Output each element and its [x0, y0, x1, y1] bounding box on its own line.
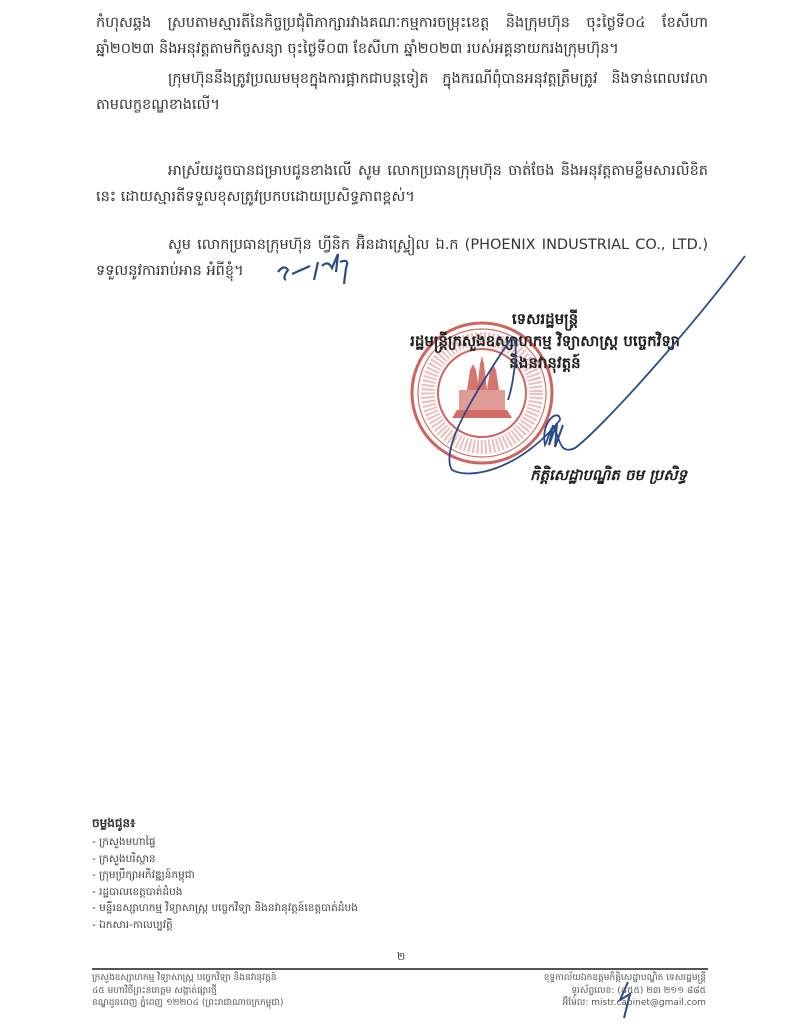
cc-list: - ក្រសួងមហាផ្ទៃ - ក្រសួងបរិស្ថាន - ក្រុម…: [92, 834, 358, 933]
footer-ministry-address: ក្រសួងឧស្សាហកម្ម វិទ្យាសាស្ត្រ បច្ចេកវិទ…: [92, 972, 283, 1010]
cc-heading: ចម្លងជូន៖: [92, 815, 135, 833]
paragraph-3: អាស្រ័យដូចបានជម្រាបជូនខាងលើ សូម លោកប្រធា…: [96, 158, 708, 210]
cc-item: - រដ្ឋបាលខេត្តបាត់ដំបង: [92, 884, 358, 901]
signature-block: ទេសរដ្ឋមន្ត្រី រដ្ឋមន្ត្រីក្រសួងឧស្សាហកម…: [360, 308, 730, 374]
footer-divider: [92, 968, 708, 970]
footer-phone: ទូរស័ព្ទលេខ: (៨៥៥) ២៣ ២១១ ៨៨៥: [544, 985, 706, 998]
footer-cabinet-contact: ខុទ្ទកាល័យឯកឧត្តមកិត្តិសេដ្ឋាបណ្ឌិត ទេសរ…: [544, 972, 706, 1010]
footer-right-line: ខុទ្ទកាល័យឯកឧត្តមកិត្តិសេដ្ឋាបណ្ឌិត ទេសរ…: [544, 972, 706, 985]
paragraph-2: ក្រុមហ៊ុននឹងត្រូវប្រឈមមុខក្នុងការផ្អាកជា…: [96, 66, 708, 118]
signatory-title-line3: និងនវានុវត្តន៍: [360, 352, 730, 374]
paragraph-4: សូម លោកប្រធានក្រុមហ៊ុន ហ្វីនិក អ៊ិនដាស្ទ…: [96, 232, 708, 284]
footer-left-line: ក្រសួងឧស្សាហកម្ម វិទ្យាសាស្ត្រ បច្ចេកវិទ…: [92, 972, 283, 985]
page-number: ២: [397, 950, 405, 966]
cc-item: - ឯកសារ-កាលប្បវត្តិ: [92, 917, 358, 934]
cc-item: - ក្រុមប្រឹក្សាអភិវឌ្ឍន៍កម្ពុជា: [92, 867, 358, 884]
signatory-title: រដ្ឋមន្ត្រីក្រសួងឧស្សាហកម្ម វិទ្យាសាស្ត្…: [360, 330, 730, 352]
cc-item: - ក្រសួងមហាផ្ទៃ: [92, 834, 358, 851]
signer-name: កិត្តិសេដ្ឋាបណ្ឌិត ចម ប្រសិទ្ធ: [530, 466, 687, 488]
cc-item: - មន្ទីរឧស្សាហកម្ម វិទ្យាសាស្ត្រ បច្ចេកវ…: [92, 900, 358, 917]
cc-item: - ក្រសួងបរិស្ថាន: [92, 851, 358, 868]
footer-email: អ៊ីម៉ែល: mistr.cabinet@gmail.com: [544, 997, 706, 1010]
signatory-rank: ទេសរដ្ឋមន្ត្រី: [360, 308, 730, 330]
footer-left-line: ៤៥ មហាវិថីព្រះនរោត្តម សង្កាត់ផ្សារថ្មី: [92, 985, 283, 998]
document-page: កំហុសឆ្គង ស្របតាមស្មារតីនៃកិច្ចប្រជុំពិភ…: [0, 0, 798, 1024]
paragraph-1: កំហុសឆ្គង ស្របតាមស្មារតីនៃកិច្ចប្រជុំពិភ…: [96, 10, 708, 62]
footer-left-line: ខណ្ឌដូនពេញ ភ្នំពេញ ១២២០៤ (ព្រះរាជាណាចក្រ…: [92, 997, 283, 1010]
